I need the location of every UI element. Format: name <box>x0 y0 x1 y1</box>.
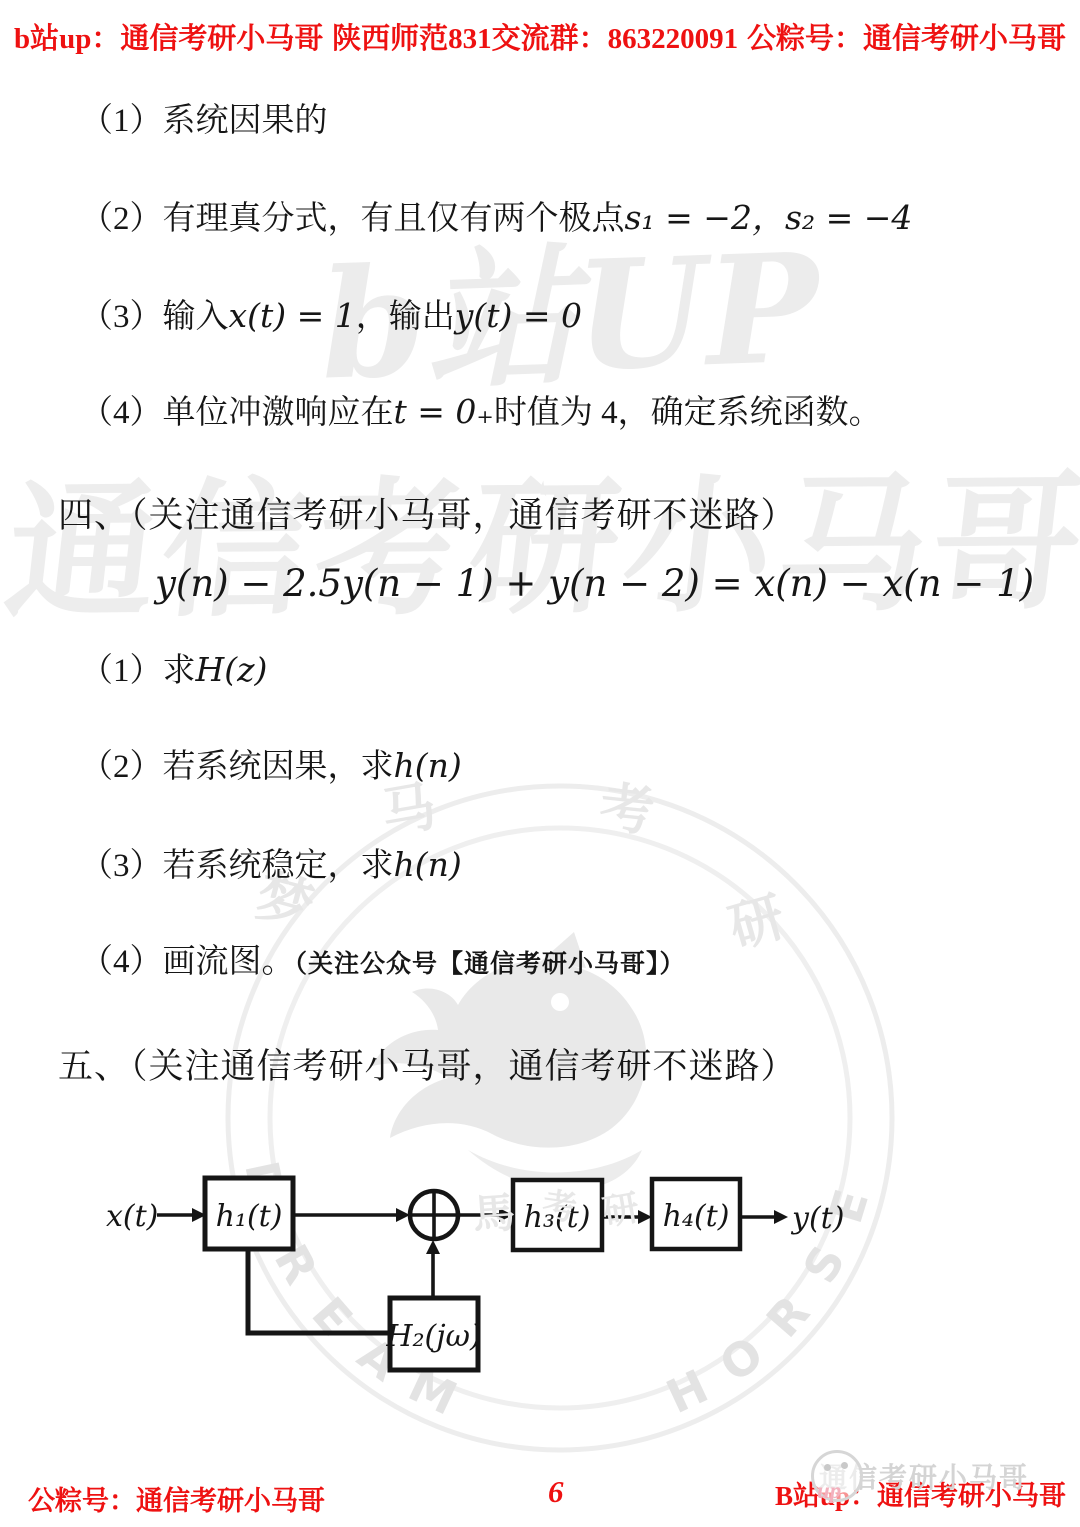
ring-letter: A <box>348 1327 409 1392</box>
ring-letter: E <box>301 1287 362 1346</box>
p5-title: 五、（关注通信考研小马哥，通信考研不迷路） <box>58 1039 797 1089</box>
horse-wing-swoosh <box>468 1150 642 1191</box>
p4-item-2: （2）若系统因果，求h(n) <box>80 740 462 787</box>
p4-item-3-text: （3）若系统稳定，求 <box>80 848 394 884</box>
watermark-ring-inner <box>270 828 850 1408</box>
ring-letter: R <box>756 1285 820 1347</box>
arrowhead-icon <box>774 1210 788 1224</box>
p4-item-2-text: （2）若系统因果，求 <box>80 749 394 785</box>
p4-item-3-math: h(n) <box>394 845 462 884</box>
block-h3 <box>513 1180 602 1250</box>
p3-item-3-math2: y(t) = 0 <box>455 296 582 335</box>
watermark-char: 研 <box>600 1187 642 1233</box>
ring-letter: E <box>818 1183 879 1229</box>
p4-item-1-math: H(z) <box>196 650 268 689</box>
p4-difference-equation: y(n) − 2.5y(n − 1) + y(n − 2) = x(n) − x… <box>155 562 1034 605</box>
p3-item-2-math: s₁ = −2，s₂ = −4 <box>625 198 913 237</box>
header-bilibili-account: b站up：通信考研小马哥 <box>14 16 323 57</box>
footer-wechat-account: 公粽号：通信考研小马哥 <box>28 1479 325 1518</box>
watermark-char: 研 <box>723 886 791 959</box>
block-h2-label: H₂(jω) <box>385 1319 481 1354</box>
p4-item-2-math: h(n) <box>394 746 462 785</box>
p3-item-1-text: （1）系统因果的 <box>80 103 328 139</box>
p4-item-1-text: （1）求 <box>80 653 196 689</box>
p5-title-text: 五、（关注通信考研小马哥，通信考研不迷路） <box>58 1047 797 1086</box>
footer-bilibili-group: B站up：通信考研小马哥 通信考研小马哥 up <box>775 1446 1075 1526</box>
wire-feedback <box>248 1249 390 1333</box>
p3-item-2: （2）有理真分式，有且仅有两个极点s₁ = −2，s₂ = −4 <box>80 192 912 239</box>
block-h1-label: h₁(t) <box>216 1199 283 1234</box>
p3-item-3-mid: ，输出 <box>356 299 455 335</box>
badge-eye-icon <box>841 1462 848 1469</box>
p3-item-4-mid: 时值为 4，确定系统函数。 <box>494 395 882 431</box>
block-h1 <box>205 1178 293 1249</box>
header: b站up：通信考研小马哥 陕西师范831交流群：863220091 公粽号：通信… <box>0 16 1080 57</box>
arrowhead-icon <box>396 1208 410 1222</box>
ring-letter: H <box>658 1359 716 1424</box>
p4-item-4-note: （关注公众号【通信考研小马哥】） <box>295 951 686 978</box>
p3-item-2-text: （2）有理真分式，有且仅有两个极点 <box>80 201 625 237</box>
arrowhead-icon <box>426 1240 440 1254</box>
p4-item-1: （1）求H(z) <box>80 644 267 691</box>
ring-text-horse: H O R S E <box>658 1183 879 1424</box>
p3-item-3: （3）输入x(t) = 1，输出y(t) = 0 <box>80 290 582 337</box>
arrowhead-icon <box>192 1208 206 1222</box>
p4-title: 四、（关注通信考研小马哥，通信考研不迷路） <box>58 488 797 538</box>
p4-item-4: （4）画流图。（关注公众号【通信考研小马哥】） <box>80 935 686 982</box>
watermark-char: 考 <box>597 777 657 842</box>
badge-eye-icon <box>824 1464 831 1471</box>
p3-item-3-text: （3）输入 <box>80 299 229 335</box>
ring-text-dream: D R E A M <box>234 1156 465 1425</box>
ring-letter: S <box>792 1237 855 1292</box>
p4-item-4-text: （4）画流图。 <box>80 944 295 980</box>
header-qq-group: 陕西师范831交流群：863220091 <box>332 16 738 57</box>
watermark-char: 考 <box>540 1186 579 1228</box>
p3-item-4-math: t = 0₊ <box>394 392 494 431</box>
page-number: 6 <box>548 1474 564 1510</box>
ring-letter: M <box>401 1357 465 1425</box>
horse-eye <box>551 993 569 1011</box>
adder-circle <box>410 1191 458 1239</box>
p3-item-1: （1）系统因果的 <box>80 94 328 141</box>
block-h4 <box>652 1179 740 1249</box>
header-wechat-account: 公粽号：通信考研小马哥 <box>747 16 1066 57</box>
p3-item-4-text: （4）单位冲激响应在 <box>80 395 394 431</box>
block-h3-label: h₃(t) <box>524 1200 591 1235</box>
arrowhead-icon <box>638 1210 652 1224</box>
p3-item-4: （4）单位冲激响应在t = 0₊时值为 4，确定系统函数。 <box>80 386 882 433</box>
arrowhead-icon <box>499 1208 513 1222</box>
ring-letter: O <box>710 1326 774 1393</box>
ring-letter: R <box>264 1236 328 1293</box>
watermark-char: 馬 <box>472 1191 517 1240</box>
p4-equation-text: y(n) − 2.5y(n − 1) + y(n − 2) = x(n) − x… <box>155 562 1034 605</box>
block-h2 <box>390 1298 478 1370</box>
p4-item-3: （3）若系统稳定，求h(n) <box>80 839 462 886</box>
diagram-output-label: y(t) <box>790 1201 844 1236</box>
exam-page: D R E A M H O R S E 梦 马 考 研 b站UP 通信考研小马哥 <box>0 0 1080 1527</box>
footer-watermark-up: up <box>817 1478 841 1504</box>
ring-letter: D <box>234 1156 295 1205</box>
diagram-input-label: x(t) <box>106 1199 158 1234</box>
block-h4-label: h₄(t) <box>663 1199 730 1234</box>
p3-item-3-math1: x(t) = 1 <box>229 296 356 335</box>
p4-title-text: 四、（关注通信考研小马哥，通信考研不迷路） <box>58 496 797 535</box>
